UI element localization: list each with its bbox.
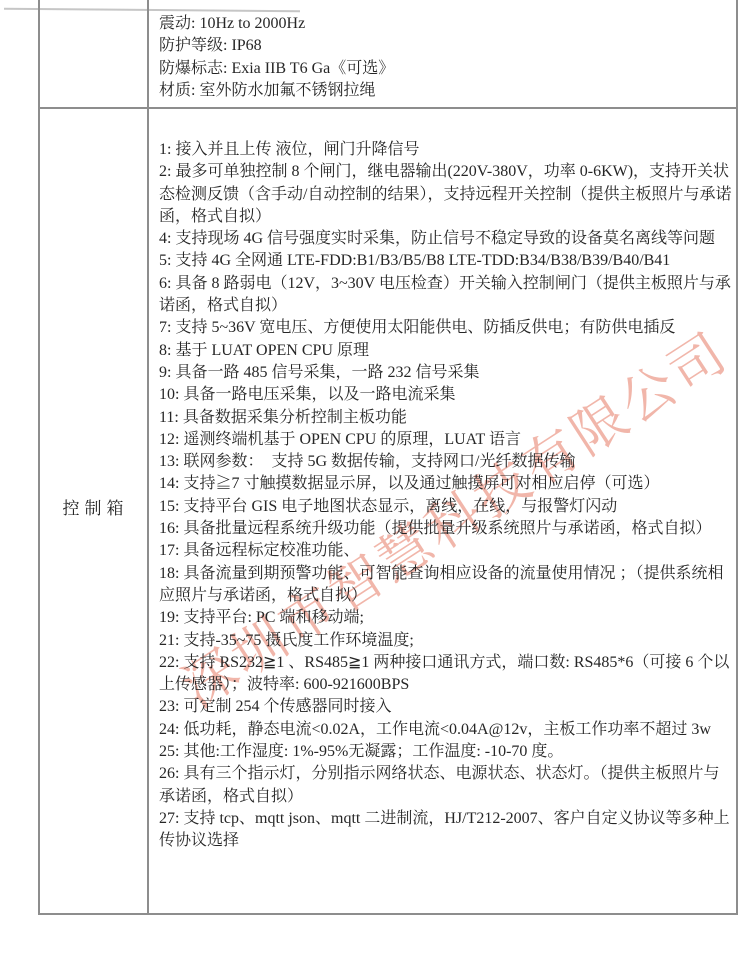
spec-line: 23: 可定制 254 个传感器同时接入 — [159, 696, 732, 718]
table-border-right — [736, 0, 738, 914]
spec-cell-control-box: 1: 接入并且上传 液位，闸门升降信号2: 最多可单独控制 8 个闸门，继电器输… — [159, 139, 732, 853]
spec-line: 防护等级: IP68 — [159, 35, 732, 57]
spec-line: 15: 支持平台 GIS 电子地图状态显示，离线，在线，与报警灯闪动 — [159, 496, 732, 518]
spec-line: 16: 具备批量远程系统升级功能（提供批量升级系统照片与承诺函，格式自拟） — [159, 518, 732, 540]
spec-line: 25: 其他:工作湿度: 1%-95%无凝露；工作温度: -10-70 度。 — [159, 741, 732, 763]
table-row-divider — [38, 107, 738, 109]
table-border-left — [38, 0, 40, 914]
spec-cell-previous-row: 震动: 10Hz to 2000Hz防护等级: IP68防爆标志: Exia I… — [159, 13, 732, 102]
spec-line: 21: 支持-35~75 摄氏度工作环境温度; — [159, 630, 732, 652]
spec-line: 17: 具备远程标定校准功能、 — [159, 540, 732, 562]
table-column-divider — [147, 0, 149, 914]
spec-line: 26: 具有三个指示灯，分别指示网络状态、电源状态、状态灯。（提供主板照片与承诺… — [159, 763, 732, 808]
spec-line: 10: 具备一路电压采集，以及一路电流采集 — [159, 384, 732, 406]
document-page: 深圳市智慧科技有限公司 震动: 10Hz to 2000Hz防护等级: IP68… — [0, 0, 750, 971]
spec-line: 12: 遥测终端机基于 OPEN CPU 的原理，LUAT 语言 — [159, 429, 732, 451]
spec-line: 27: 支持 tcp、mqtt json、mqtt 二进制流，HJ/T212-2… — [159, 808, 732, 853]
spec-line: 7: 支持 5~36V 宽电压、方便使用太阳能供电、防插反供电；有防供电插反 — [159, 317, 732, 339]
spec-line: 4: 支持现场 4G 信号强度实时采集，防止信号不稳定导致的设备莫名离线等问题 — [159, 228, 732, 250]
table-border-bottom — [38, 913, 738, 915]
spec-line: 19: 支持平台: PC 端和移动端; — [159, 607, 732, 629]
scan-artifact-line — [4, 8, 300, 13]
spec-line: 18: 具备流量到期预警功能、可智能查询相应设备的流量使用情况 ；（提供系统相应… — [159, 563, 732, 608]
spec-line: 6: 具备 8 路弱电（12V，3~30V 电压检查）开关输入控制闸门（提供主板… — [159, 273, 732, 318]
spec-line: 5: 支持 4G 全网通 LTE-FDD:B1/B3/B5/B8 LTE-TDD… — [159, 250, 732, 272]
spec-line: 2: 最多可单独控制 8 个闸门，继电器输出(220V-380V，功率 0-6K… — [159, 161, 732, 228]
spec-line: 8: 基于 LUAT OPEN CPU 原理 — [159, 340, 732, 362]
spec-line: 9: 具备一路 485 信号采集，一路 232 信号采集 — [159, 362, 732, 384]
spec-line: 24: 低功耗，静态电流<0.02A，工作电流<0.04A@12v，主板工作功率… — [159, 719, 732, 741]
spec-line: 震动: 10Hz to 2000Hz — [159, 13, 732, 35]
spec-line: 14: 支持≧7 寸触摸数据显示屏，以及通过触摸屏可对相应启停（可选） — [159, 473, 732, 495]
row-label-control-box: 控制箱 — [38, 494, 148, 519]
spec-line: 13: 联网参数： 支持 5G 数据传输，支持网口/光纤数据传输 — [159, 451, 732, 473]
spec-line: 材质: 室外防水加氟不锈钢拉绳 — [159, 80, 732, 102]
spec-line: 22: 支持 RS232≧1 、RS485≧1 两种接口通讯方式，端口数: RS… — [159, 652, 732, 697]
spec-line: 11: 具备数据采集分析控制主板功能 — [159, 407, 732, 429]
spec-line: 1: 接入并且上传 液位，闸门升降信号 — [159, 139, 732, 161]
spec-line: 防爆标志: Exia IIB T6 Ga《可选》 — [159, 58, 732, 80]
